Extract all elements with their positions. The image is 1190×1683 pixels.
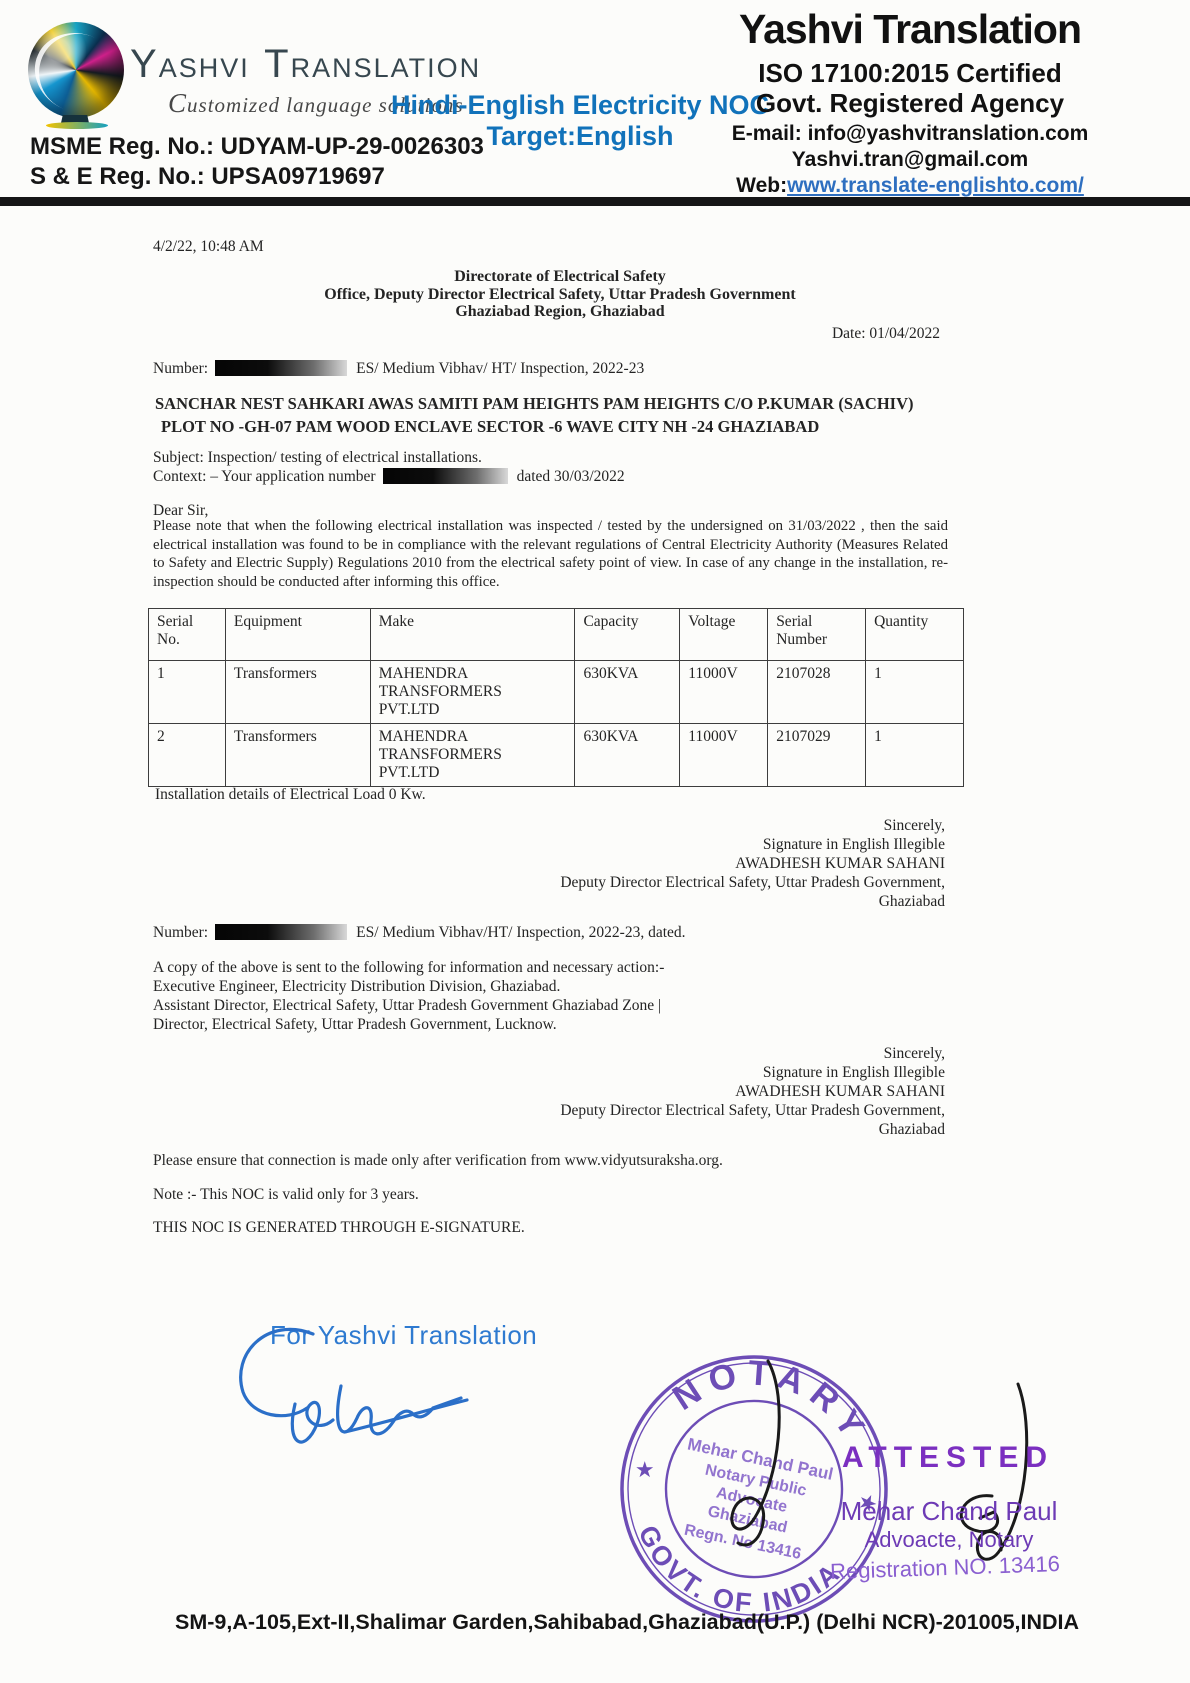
issuing-office-block: Directorate of Electrical Safety Office,… — [160, 268, 960, 321]
footer-address: SM-9,A-105,Ext-II,Shalimar Garden,Sahiba… — [175, 1610, 1079, 1635]
context-suffix: dated 30/03/2022 — [517, 468, 625, 485]
globe-swirl-decoration — [22, 19, 135, 126]
addressee-block: SANCHAR NEST SAHKARI AWAS SAMITI PAM HEI… — [155, 392, 965, 438]
agency-website-link[interactable]: www.translate-englishto.com/ — [787, 174, 1084, 197]
agency-contact-block: Yashvi Translation ISO 17100:2015 Certif… — [722, 4, 1098, 199]
cell-voltage: 11000V — [680, 661, 768, 724]
closing-sincerely: Sincerely, — [400, 1044, 945, 1063]
noc-title-line1: Hindi-English Electricity NOC — [385, 90, 775, 120]
cell-voltage: 11000V — [680, 724, 768, 787]
make-text: MAHENDRA TRANSFORMERS PVT.LTD — [379, 728, 511, 782]
body-paragraph: Please note that when the following elec… — [153, 517, 948, 591]
context-prefix: Context: – Your application number — [153, 468, 376, 485]
closing-sincerely: Sincerely, — [400, 816, 945, 835]
equipment-table: Serial No. Equipment Make Capacity Volta… — [148, 608, 964, 787]
cell-capacity: 630KVA — [575, 724, 680, 787]
cell-serial-number: 2107029 — [768, 724, 866, 787]
brand-initial-y: Y — [130, 42, 159, 86]
addressee-line-1: SANCHAR NEST SAHKARI AWAS SAMITI PAM HEI… — [155, 392, 965, 415]
cell-equipment: Transformers — [225, 661, 370, 724]
cell-capacity: 630KVA — [575, 661, 680, 724]
copy-line-4: Director, Electrical Safety, Uttar Prade… — [153, 1015, 664, 1034]
reference-number-line-2: Number:ES/ Medium Vibhav/HT/ Inspection,… — [153, 924, 686, 942]
copy-line-2: Executive Engineer, Electricity Distribu… — [153, 977, 664, 996]
column-header-quantity: Quantity — [866, 609, 964, 661]
agency-iso-certification: ISO 17100:2015 Certified — [722, 58, 1098, 88]
cell-quantity: 1 — [866, 724, 964, 787]
column-header-serial-number: Serial Number — [768, 609, 866, 661]
office-line-1: Directorate of Electrical Safety — [160, 268, 960, 286]
agency-registered-line: Govt. Registered Agency — [722, 88, 1098, 118]
column-header-make: Make — [370, 609, 575, 661]
context-line: Context: – Your application numberdated … — [153, 468, 625, 486]
agency-email-secondary: Yashvi.tran@gmail.com — [722, 147, 1098, 173]
brand-name: YASHVI TRANSLATION — [130, 44, 481, 84]
translator-signature — [225, 1312, 510, 1467]
issue-date: Date: 01/04/2022 — [640, 325, 940, 343]
brand-initial-t: T — [264, 42, 290, 86]
attested-stamp-label: ATTESTED — [838, 1441, 1058, 1475]
web-label: Web: — [736, 174, 787, 197]
column-header-equipment: Equipment — [225, 609, 370, 661]
validity-note: Note :- This NOC is valid only for 3 yea… — [153, 1186, 419, 1204]
table-row: 1 Transformers MAHENDRA TRANSFORMERS PVT… — [149, 661, 964, 724]
copy-distribution-block: A copy of the above is sent to the follo… — [153, 958, 664, 1034]
cell-make: MAHENDRA TRANSFORMERS PVT.LTD — [370, 724, 575, 787]
office-line-2: Office, Deputy Director Electrical Safet… — [160, 286, 960, 304]
cell-serial-number: 2107028 — [768, 661, 866, 724]
se-registration-number: S & E Reg. No.: UPSA09719697 — [30, 163, 385, 191]
installation-load-line: Installation details of Electrical Load … — [155, 786, 426, 804]
table-row: 2 Transformers MAHENDRA TRANSFORMERS PVT… — [149, 724, 964, 787]
signature-closing-block-1: Sincerely, Signature in English Illegibl… — [400, 816, 945, 911]
make-text: MAHENDRA TRANSFORMERS PVT.LTD — [379, 665, 511, 719]
agency-name: Yashvi Translation — [722, 4, 1098, 54]
copy-line-1: A copy of the above is sent to the follo… — [153, 958, 664, 977]
addressee-line-2: PLOT NO -GH-07 PAM WOOD ENCLAVE SECTOR -… — [155, 415, 965, 438]
agency-email-primary: E-mail: info@yashvitranslation.com — [722, 121, 1098, 147]
redacted-application-number-bar — [383, 468, 508, 484]
redacted-number-bar — [215, 360, 347, 376]
notary-title-stamp: Advoacte, Notary — [824, 1527, 1074, 1553]
closing-signatory-name: AWADHESH KUMAR SAHANI — [400, 854, 945, 873]
column-header-capacity: Capacity — [575, 609, 680, 661]
agency-web-line: Web:www.translate-englishto.com/ — [722, 173, 1098, 199]
cell-serial-no: 1 — [149, 661, 226, 724]
print-timestamp: 4/2/22, 10:48 AM — [153, 238, 264, 256]
translation-certificate-page: YASHVI TRANSLATION Customized language s… — [0, 0, 1190, 1683]
closing-signatory-name: AWADHESH KUMAR SAHANI — [400, 1082, 945, 1101]
closing-signatory-title: Deputy Director Electrical Safety, Uttar… — [400, 1101, 945, 1120]
cell-make: MAHENDRA TRANSFORMERS PVT.LTD — [370, 661, 575, 724]
brand-rest-ranslation: RANSLATION — [291, 53, 482, 83]
noc-title-line2: Target:English — [385, 121, 775, 151]
brand-rest-ashvi: ASHVI — [159, 53, 250, 83]
globe-base-icon — [46, 122, 108, 129]
reference-number-line-1: Number:ES/ Medium Vibhav/ HT/ Inspection… — [153, 360, 644, 378]
esignature-note: THIS NOC IS GENERATED THROUGH E-SIGNATUR… — [153, 1219, 525, 1237]
notary-name-stamp: Mehar Chand Paul — [824, 1496, 1074, 1527]
redacted-number-bar — [215, 924, 347, 940]
subject-line: Subject: Inspection/ testing of electric… — [153, 449, 482, 467]
closing-signatory-place: Ghaziabad — [400, 892, 945, 911]
verification-note: Please ensure that connection is made on… — [153, 1152, 723, 1170]
column-header-serial-no: Serial No. — [149, 609, 226, 661]
reference-number-label: Number: — [153, 924, 208, 941]
column-header-voltage: Voltage — [680, 609, 768, 661]
closing-signatory-place: Ghaziabad — [400, 1120, 945, 1139]
cell-quantity: 1 — [866, 661, 964, 724]
reference-number-text: ES/ Medium Vibhav/ HT/ Inspection, 2022-… — [356, 360, 644, 377]
signature-closing-block-2: Sincerely, Signature in English Illegibl… — [400, 1044, 945, 1139]
closing-signature-note: Signature in English Illegible — [400, 835, 945, 854]
cell-serial-no: 2 — [149, 724, 226, 787]
notary-signature-on-stamp — [690, 1355, 830, 1570]
stamp-star-left-icon: ★ — [635, 1457, 655, 1482]
reference-number-text: ES/ Medium Vibhav/HT/ Inspection, 2022-2… — [356, 924, 685, 941]
header-divider-bar — [0, 197, 1190, 206]
reference-number-label: Number: — [153, 360, 208, 377]
office-line-3: Ghaziabad Region, Ghaziabad — [160, 303, 960, 321]
closing-signatory-title: Deputy Director Electrical Safety, Uttar… — [400, 873, 945, 892]
table-header-row: Serial No. Equipment Make Capacity Volta… — [149, 609, 964, 661]
copy-line-3: Assistant Director, Electrical Safety, U… — [153, 996, 664, 1015]
closing-signature-note: Signature in English Illegible — [400, 1063, 945, 1082]
cell-equipment: Transformers — [225, 724, 370, 787]
